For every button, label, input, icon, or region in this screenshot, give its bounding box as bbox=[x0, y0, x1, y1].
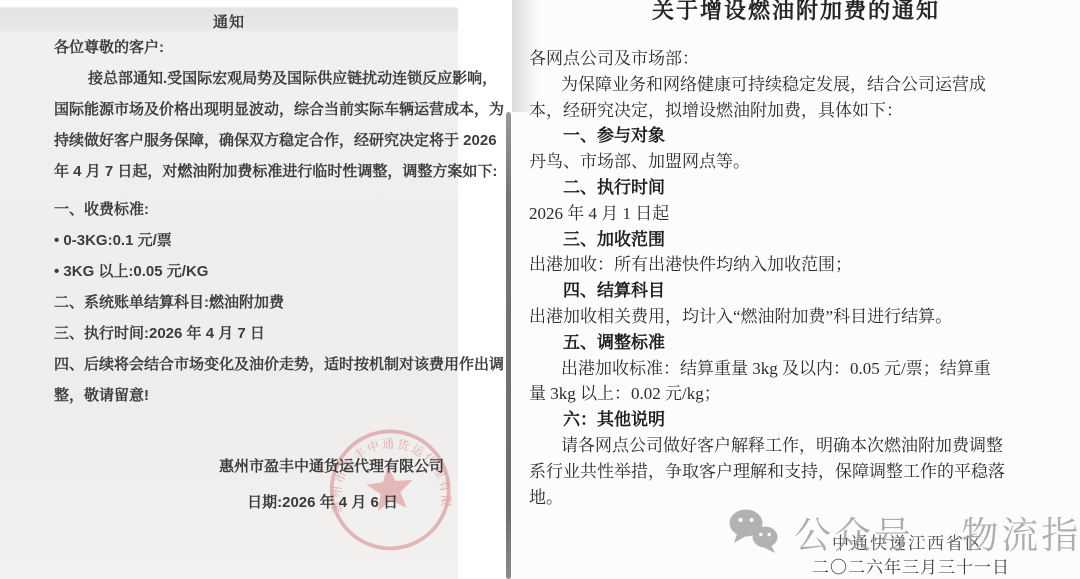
left-item-fee-standard: 一、收费标准: bbox=[54, 194, 426, 225]
section-heading-execution-time: 二、执行时间 bbox=[529, 175, 1069, 201]
left-paragraph-line: 年 4 月 7 日起，对燃油附加费标准进行临时性调整，调整方案如下: bbox=[54, 156, 426, 187]
right-intro-line: 为保障业务和网络健康可持续稳定发展，结合公司运营成 bbox=[529, 72, 1069, 98]
section-line: 请各网点公司做好客户解释工作，明确本次燃油附加费调整 bbox=[529, 433, 1069, 459]
right-notice-page: 关于增设燃油附加费的通知 各网点公司及市场部： 为保障业务和网络健康可持续稳定发… bbox=[512, 0, 1080, 579]
section-heading-adjustment-standard: 五、调整标准 bbox=[529, 330, 1069, 356]
company-seal-stamp-icon: 惠州市盈丰中通货运代理有限公司 bbox=[313, 415, 466, 561]
wechat-icon bbox=[728, 508, 780, 556]
watermark-label-right: 物流指闻 bbox=[961, 505, 1080, 559]
page-divider bbox=[506, 112, 511, 579]
section-line: 出港加收：所有出港快件均纳入加收范围； bbox=[529, 252, 1069, 278]
left-page-title: 通知 bbox=[0, 11, 458, 32]
left-item-followup-cont: 整，敬请留意! bbox=[54, 380, 426, 411]
left-item-bullet-2: • 3KG 以上:0.05 元/KG bbox=[54, 256, 426, 287]
left-item-billing: 二、系统账单结算科目:燃油附加费 bbox=[54, 287, 426, 318]
left-item-followup: 四、后续将会结合市场变化及油价走势，适时按机制对该费用作出调 bbox=[54, 349, 426, 380]
section-line: 2026 年 4 月 1 日起 bbox=[529, 201, 1069, 227]
left-paragraph-line: 国际能源市场及价格出现明显波动，综合当前实际车辆运营成本，为 bbox=[54, 94, 426, 125]
section-heading-settlement: 四、结算科目 bbox=[529, 278, 1069, 304]
watermark-dots: ···· bbox=[920, 526, 957, 552]
right-intro-line: 本，经研究决定，拟增设燃油附加费，具体如下： bbox=[529, 98, 1069, 124]
left-page-body: 各位尊敬的客户: 接总部通知.受国际宏观局势及国际供应链扰动连锁反应影响， 国际… bbox=[54, 32, 426, 411]
left-notice-page: 通知 各位尊敬的客户: 接总部通知.受国际宏观局势及国际供应链扰动连锁反应影响，… bbox=[0, 0, 458, 579]
section-heading-scope: 三、加收范围 bbox=[529, 227, 1069, 253]
section-line: 出港加收标准：结算重量 3kg 及以内：0.05 元/票；结算重 bbox=[529, 356, 1069, 382]
left-paragraph-line: 接总部通知.受国际宏观局势及国际供应链扰动连锁反应影响， bbox=[54, 63, 426, 94]
left-salutation: 各位尊敬的客户: bbox=[54, 32, 426, 63]
left-date: 日期:2026 年 4 月 6 日 bbox=[247, 491, 398, 512]
section-heading-other-notes: 六：其他说明 bbox=[529, 407, 1069, 433]
left-company-signature: 惠州市盈丰中通货运代理有限公司 bbox=[219, 455, 444, 476]
left-paragraph-line: 持续做好客户服务保障，确保双方稳定合作，经研究决定将于 2026 bbox=[54, 125, 426, 156]
right-salutation: 各网点公司及市场部： bbox=[529, 46, 1069, 72]
right-page-body: 各网点公司及市场部： 为保障业务和网络健康可持续稳定发展，结合公司运营成 本，经… bbox=[529, 46, 1069, 510]
left-item-bullet-1: • 0-3KG:0.1 元/票 bbox=[54, 225, 426, 256]
right-page-title: 关于增设燃油附加费的通知 bbox=[512, 0, 1080, 25]
watermark-label-left: 公众号 bbox=[794, 505, 914, 559]
wechat-watermark: 公众号 ···· 物流指闻 bbox=[728, 505, 1080, 559]
section-line: 出港加收相关费用，均计入“燃油附加费”科目进行结算。 bbox=[529, 304, 1069, 330]
section-line: 量 3kg 以上：0.02 元/kg； bbox=[529, 381, 1069, 407]
section-heading-participants: 一、参与对象 bbox=[529, 123, 1069, 149]
section-line: 丹鸟、市场部、加盟网点等。 bbox=[529, 149, 1069, 175]
section-line: 系行业共性举措，争取客户理解和支持，保障调整工作的平稳落 bbox=[529, 459, 1069, 485]
left-item-effective-date: 三、执行时间:2026 年 4 月 7 日 bbox=[54, 318, 426, 349]
